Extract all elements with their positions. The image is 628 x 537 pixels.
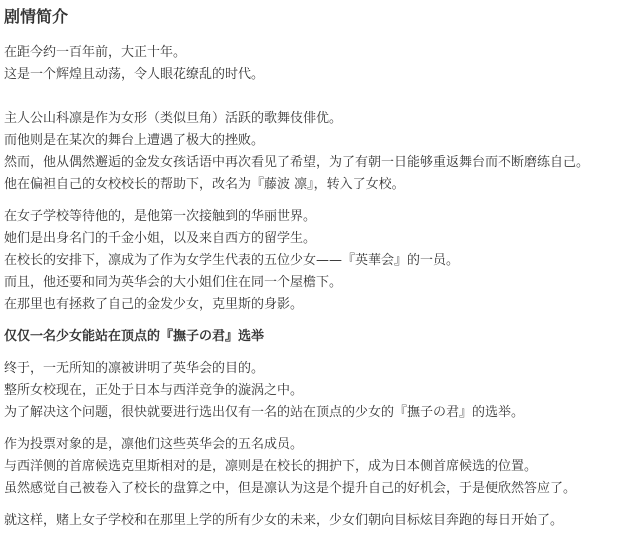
spacer: [4, 316, 628, 326]
text-line: 这是一个辉煌且动荡，令人眼花缭乱的时代。: [4, 64, 628, 86]
blank-line: [4, 86, 628, 108]
text-line: 主人公山科凛是作为女形（类似旦角）活跃的歌舞伎俳优。: [4, 108, 628, 130]
text-line: 他在偏袒自己的女校校长的帮助下，改名为『藤波 凛』，转入了女校。: [4, 174, 628, 196]
text-line: 在那里也有拯救了自己的金发少女，克里斯的身影。: [4, 294, 628, 316]
text-line: 作为投票对象的是，凛他们这些英华会的五名成员。: [4, 434, 628, 456]
text-line: 她们是出身名门的千金小姐，以及来自西方的留学生。: [4, 228, 628, 250]
spacer: [4, 348, 628, 358]
text-line: 在校长的安排下，凛成为了作为女学生代表的五位少女——『英華会』的一员。: [4, 250, 628, 272]
paragraph: 终于，一无所知的凛被讲明了英华会的目的。 整所女校现在，正处于日本与西洋竞争的漩…: [4, 358, 628, 424]
paragraph: 在女子学校等待他的，是他第一次接触到的华丽世界。 她们是出身名门的千金小姐，以及…: [4, 206, 628, 316]
text-line: 在女子学校等待他的，是他第一次接触到的华丽世界。: [4, 206, 628, 228]
text-line: 为了解决这个问题，很快就要进行选出仅有一名的站在顶点的少女的『撫子の君』的选举。: [4, 402, 628, 424]
text-line: 终于，一无所知的凛被讲明了英华会的目的。: [4, 358, 628, 380]
paragraph: 作为投票对象的是，凛他们这些英华会的五名成员。 与西洋侧的首席候选克里斯相对的是…: [4, 434, 628, 500]
section-heading: 仅仅一名少女能站在顶点的『撫子の君』选举: [4, 326, 628, 348]
synopsis-document: 剧情简介 在距今约一百年前，大正十年。 这是一个辉煌且动荡，令人眼花缭乱的时代。…: [0, 0, 628, 532]
spacer: [4, 196, 628, 206]
text-line: 就这样，赌上女子学校和在那里上学的所有少女的未来，少女们朝向目标炫目奔跑的每日开…: [4, 510, 628, 532]
text-line: 虽然感觉自己被卷入了校长的盘算之中，但是凛认为这是个提升自己的好机会，于是便欣然…: [4, 478, 628, 500]
paragraph: 就这样，赌上女子学校和在那里上学的所有少女的未来，少女们朝向目标炫目奔跑的每日开…: [4, 510, 628, 532]
text-line: 与西洋侧的首席候选克里斯相对的是，凛则是在校长的拥护下，成为日本侧首席候选的位置…: [4, 456, 628, 478]
spacer: [4, 424, 628, 434]
spacer: [4, 500, 628, 510]
paragraph: 在距今约一百年前，大正十年。 这是一个辉煌且动荡，令人眼花缭乱的时代。: [4, 42, 628, 86]
paragraph: 主人公山科凛是作为女形（类似旦角）活跃的歌舞伎俳优。 而他则是在某次的舞台上遭遇…: [4, 108, 628, 196]
text-line: 而他则是在某次的舞台上遭遇了极大的挫败。: [4, 130, 628, 152]
text-line: 在距今约一百年前，大正十年。: [4, 42, 628, 64]
spacer: [4, 28, 628, 42]
text-line: 然而，他从偶然邂逅的金发女孩话语中再次看见了希望，为了有朝一日能够重返舞台而不断…: [4, 152, 628, 174]
text-line: 而且，他还要和同为英华会的大小姐们住在同一个屋檐下。: [4, 272, 628, 294]
text-line: 整所女校现在，正处于日本与西洋竞争的漩涡之中。: [4, 380, 628, 402]
page-title: 剧情简介: [4, 0, 628, 28]
